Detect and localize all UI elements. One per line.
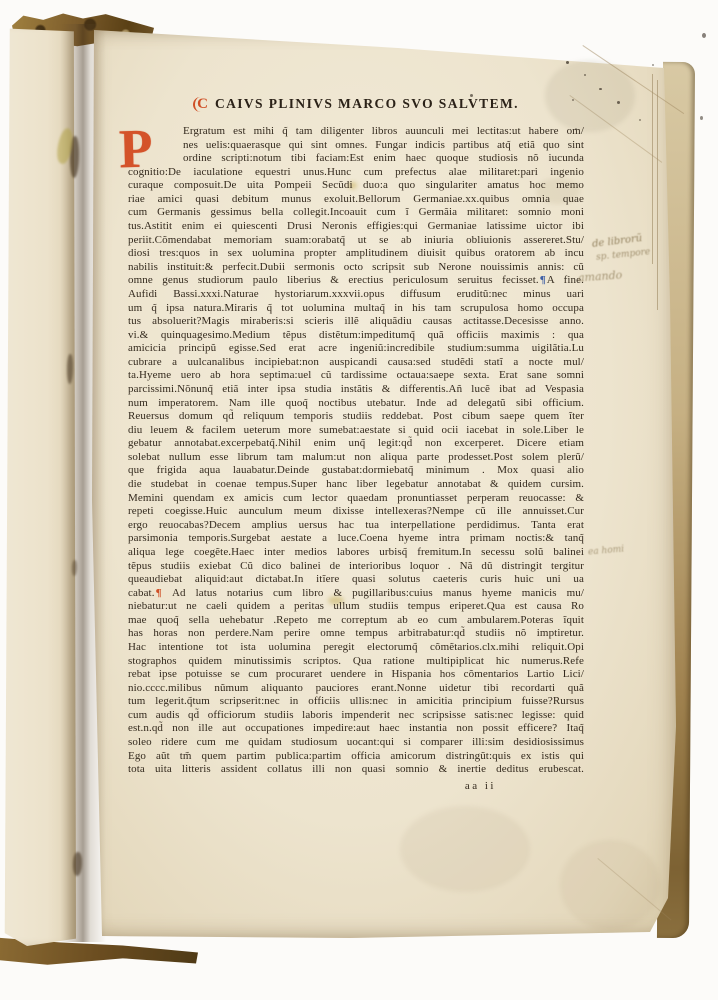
worm-damage [72,560,77,576]
ink-speck [599,88,602,90]
text-line: cabat.¶ Ad latus notarius cum libro & pu… [128,587,584,601]
text-line: Memini quendam ex amicis cum lector quae… [128,492,584,506]
text-line: solebat nullum esse librum tam malum:ut … [128,451,584,465]
paragraph-mark-red: ¶ [155,587,163,599]
text-line: parcissimi.Nõnunq̃ etiã inter ipsa studi… [128,383,584,397]
text-line: ta.Hyeme uero ab hora septima:uel cũ tar… [128,369,584,383]
text-line: amicicia principũ egisse.Sed erat acre i… [128,342,584,356]
rubric-paraph-icon: C [193,97,208,112]
text-line: vi.& quinquagesimo.Medium tẽpus distẽtum… [128,329,584,343]
leaf-edge-line [657,80,658,310]
text-line: cum audis qd̃ officiorum studiis laboris… [128,709,584,723]
text-line: tum legerit.q̃tum scripserit:nec in offi… [128,695,584,709]
text-line: diosi tres:quos in sex uolumina propter … [128,247,584,261]
text-line: um q̃ ipsa natura.Miraris q̃ tot uolumin… [128,302,584,316]
illuminated-initial: P [118,121,153,177]
ink-speck [700,116,703,120]
text-segment: cabat. [128,587,155,599]
ink-speck [639,119,641,121]
worm-damage [67,354,73,384]
text-line: tẽpus studiis exiebat Cũ dico balinei de… [128,560,584,574]
text-line: stographos quidem minutissimis scriptos.… [128,655,584,669]
text-line: Aufidi Bassi.xxxi.Naturae hystoriarum.xx… [128,288,584,302]
paragraph-mark-blue: ¶ [539,274,547,286]
text-line: rebat ipse potuisse se cum procuraret ue… [128,668,584,682]
text-line: nio.cccc.milibus nũmum aliquanto paucior… [128,682,584,696]
worm-damage [73,852,82,876]
text-line: has horas non perdere.Nam perire omne te… [128,627,584,641]
text-line: tus absoluerit?Magis miraberis:si scieri… [128,315,584,329]
text-line: aliqua lege coegẽte.Haec inter medios la… [128,546,584,560]
text-line: est.n.qd̃ non ille aut occupationes impe… [128,722,584,736]
text-segment: omne genus studiorum paulo liberius & er… [128,274,539,286]
text-line: Reuersus domum qd̃ reliquum temporis stu… [128,410,584,424]
text-line: queaudiebat aliquid:aut dictabat.In itĩe… [128,573,584,587]
text-line: repeti coegisse.Huic aunculum meum dixis… [128,505,584,519]
text-line: Hac intentione tot ista uolumina peregit… [128,641,584,655]
text-line: omne genus studiorum paulo liberius & er… [128,274,584,288]
text-block: C CAIVS PLINIVS MARCO SVO SALVTEM. P Erg… [128,96,584,792]
ink-speck [652,64,654,66]
text-segment: Ad latus notarius cum libro & pugillarib… [163,587,584,599]
text-line: mae quoq̃ sella uehebatur .Repeto me cor… [128,614,584,628]
text-line: curaque composuit.De uita Pompeii Secũdi… [128,179,584,193]
text-line: cum Germanis gessimus bella collegit.Inc… [128,206,584,220]
text-line: nabilis instituit:& perfecit.Dubii sermo… [128,261,584,275]
ghost-offset-mark [400,806,530,892]
text-line: parsimonia temporis.Surgebat aestate a l… [128,532,584,546]
gutter-shadow [60,24,106,942]
book-photo: C CAIVS PLINIVS MARCO SVO SALVTEM. P Erg… [0,0,718,1000]
text-line: soleo ridere cum me quidam studiosum uoc… [128,736,584,750]
text-line: cognitio:De iaculatione equestri unus.Hu… [128,166,584,180]
text-line: nes uelis:quaerasque qui sint omnes. Fun… [128,139,584,153]
text-line: die studebat in coenae tempus.Super hanc… [128,478,584,492]
ghost-offset-mark [560,840,660,930]
text-line: ordine scripti:notum tibi faciam:Est eni… [128,152,584,166]
heading-text: CAIVS PLINIVS MARCO SVO SALVTEM. [215,96,519,112]
page-heading: C CAIVS PLINIVS MARCO SVO SALVTEM. [128,96,584,112]
quire-signature: aa ii [128,780,584,792]
text-line: niebatur:ut ne caeli quidem a peritas ul… [128,600,584,614]
text-line: Ergratum est mihi q̃ tam diligenter libr… [128,125,584,139]
ink-speck [617,101,620,104]
leaf-edge-line [652,74,653,264]
text-line: riae amici quasi debitum munus exoluit.B… [128,193,584,207]
text-line: ergo reuocabas?Decem amplius uersus hac … [128,519,584,533]
text-line: num imperatorem. Nam ille quoq̃ noctibus… [128,397,584,411]
text-line: cubrare a uulcanalibus incipiebat:non au… [128,356,584,370]
text-line: diu leuem & facilem ueterum more sumebat… [128,424,584,438]
text-line: tota uita litteris assident collatus ill… [128,763,584,777]
text-line: periit.Cõmendabat memoriam suam:orabatq̃… [128,234,584,248]
text-line: que frigida aqua lauabatur.Deinde gustab… [128,464,584,478]
text-line: Ego aũt tm̃ quem partim publica:partim o… [128,750,584,764]
ink-speck [566,61,569,64]
ink-speck [584,74,586,76]
body-text: P Ergratum est mihi q̃ tam diligenter li… [128,125,584,777]
text-line: tus.Astitit enim ei quiescenti Drusi Ner… [128,220,584,234]
text-line: gebatur annotabat.excerpebatq̃.Nihil eni… [128,437,584,451]
ink-speck [702,33,706,38]
